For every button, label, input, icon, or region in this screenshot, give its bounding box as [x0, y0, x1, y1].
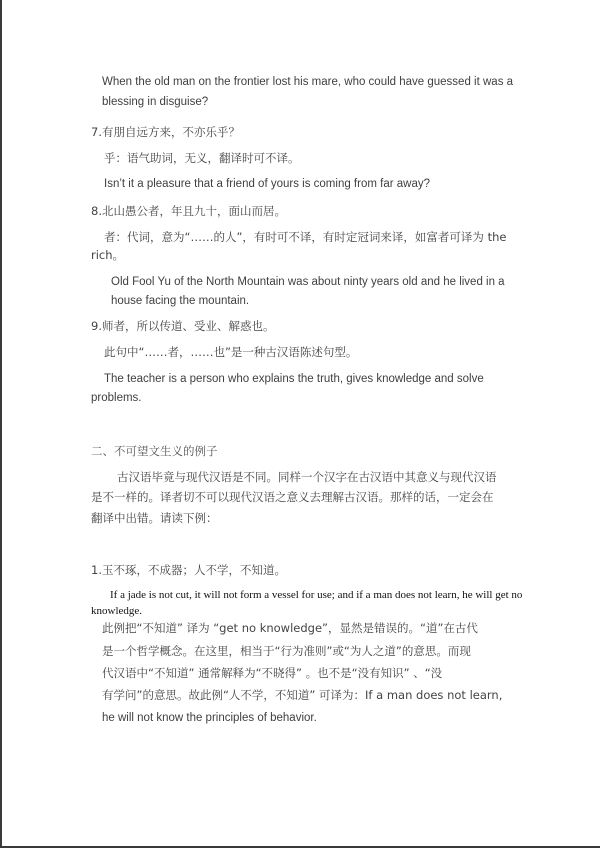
translation-line: Isn’t it a pleasure that a friend of you…: [104, 176, 430, 192]
paragraph-line: 古汉语毕竟与现代汉语是不同。同样一个汉字在古汉语中其意义与现代汉语: [117, 469, 497, 485]
explanation-line: 有学问”的意思。故此例“人不学，不知道” 可译为：If a man does n…: [102, 687, 502, 703]
example-heading-1: 1.玉不琢，不成器；人不学，不知道。: [91, 562, 286, 578]
note-line: 此句中“……者，……也”是一种古汉语陈述句型。: [104, 344, 357, 360]
paragraph-line: 是不一样的。译者切不可以现代汉语之意义去理解古汉语。那样的话，一定会在: [91, 489, 494, 505]
note-line: 乎：语气助词，无义，翻译时可不译。: [104, 150, 300, 166]
paragraph-line: 翻译中出错。请读下例：: [91, 510, 218, 526]
translation-line: problems.: [91, 390, 142, 406]
translation-line: blessing in disguise?: [102, 94, 208, 110]
translation-line: Old Fool Yu of the North Mountain was ab…: [111, 274, 505, 290]
page-border-left: [0, 0, 2, 848]
section-heading: 二、不可望文生义的例子: [91, 443, 218, 459]
example-heading-7: 7.有朋自远方来，不亦乐乎？: [91, 124, 240, 140]
translation-line: The teacher is a person who explains the…: [104, 371, 484, 387]
example-heading-8: 8.北山愚公者，年且九十，面山而居。: [91, 203, 286, 219]
translation-line: house facing the mountain.: [111, 293, 249, 309]
explanation-line: 此例把“不知道” 译为 “get no knowledge”，显然是错误的。“道…: [102, 620, 478, 636]
explanation-line: he will not know the principles of behav…: [102, 710, 317, 726]
explanation-line: 是一个哲学概念。在这里，相当于“行为准则”或“为人之道”的意思。而现: [102, 643, 471, 659]
note-line: 者：代词，意为“……的人”，有时可不译，有时定冠词来译，如富者可译为 the: [104, 229, 506, 245]
translation-line: knowledge.: [91, 603, 142, 619]
explanation-line: 代汉语中“不知道” 通常解释为“不晓得” 。也不是“没有知识” 、“没: [102, 665, 442, 681]
note-line: rich。: [91, 247, 124, 263]
translation-line: When the old man on the frontier lost hi…: [102, 74, 513, 90]
translation-line: If a jade is not cut, it will not form a…: [110, 587, 522, 603]
example-heading-9: 9.师者，所以传道、受业、解惑也。: [91, 318, 274, 334]
